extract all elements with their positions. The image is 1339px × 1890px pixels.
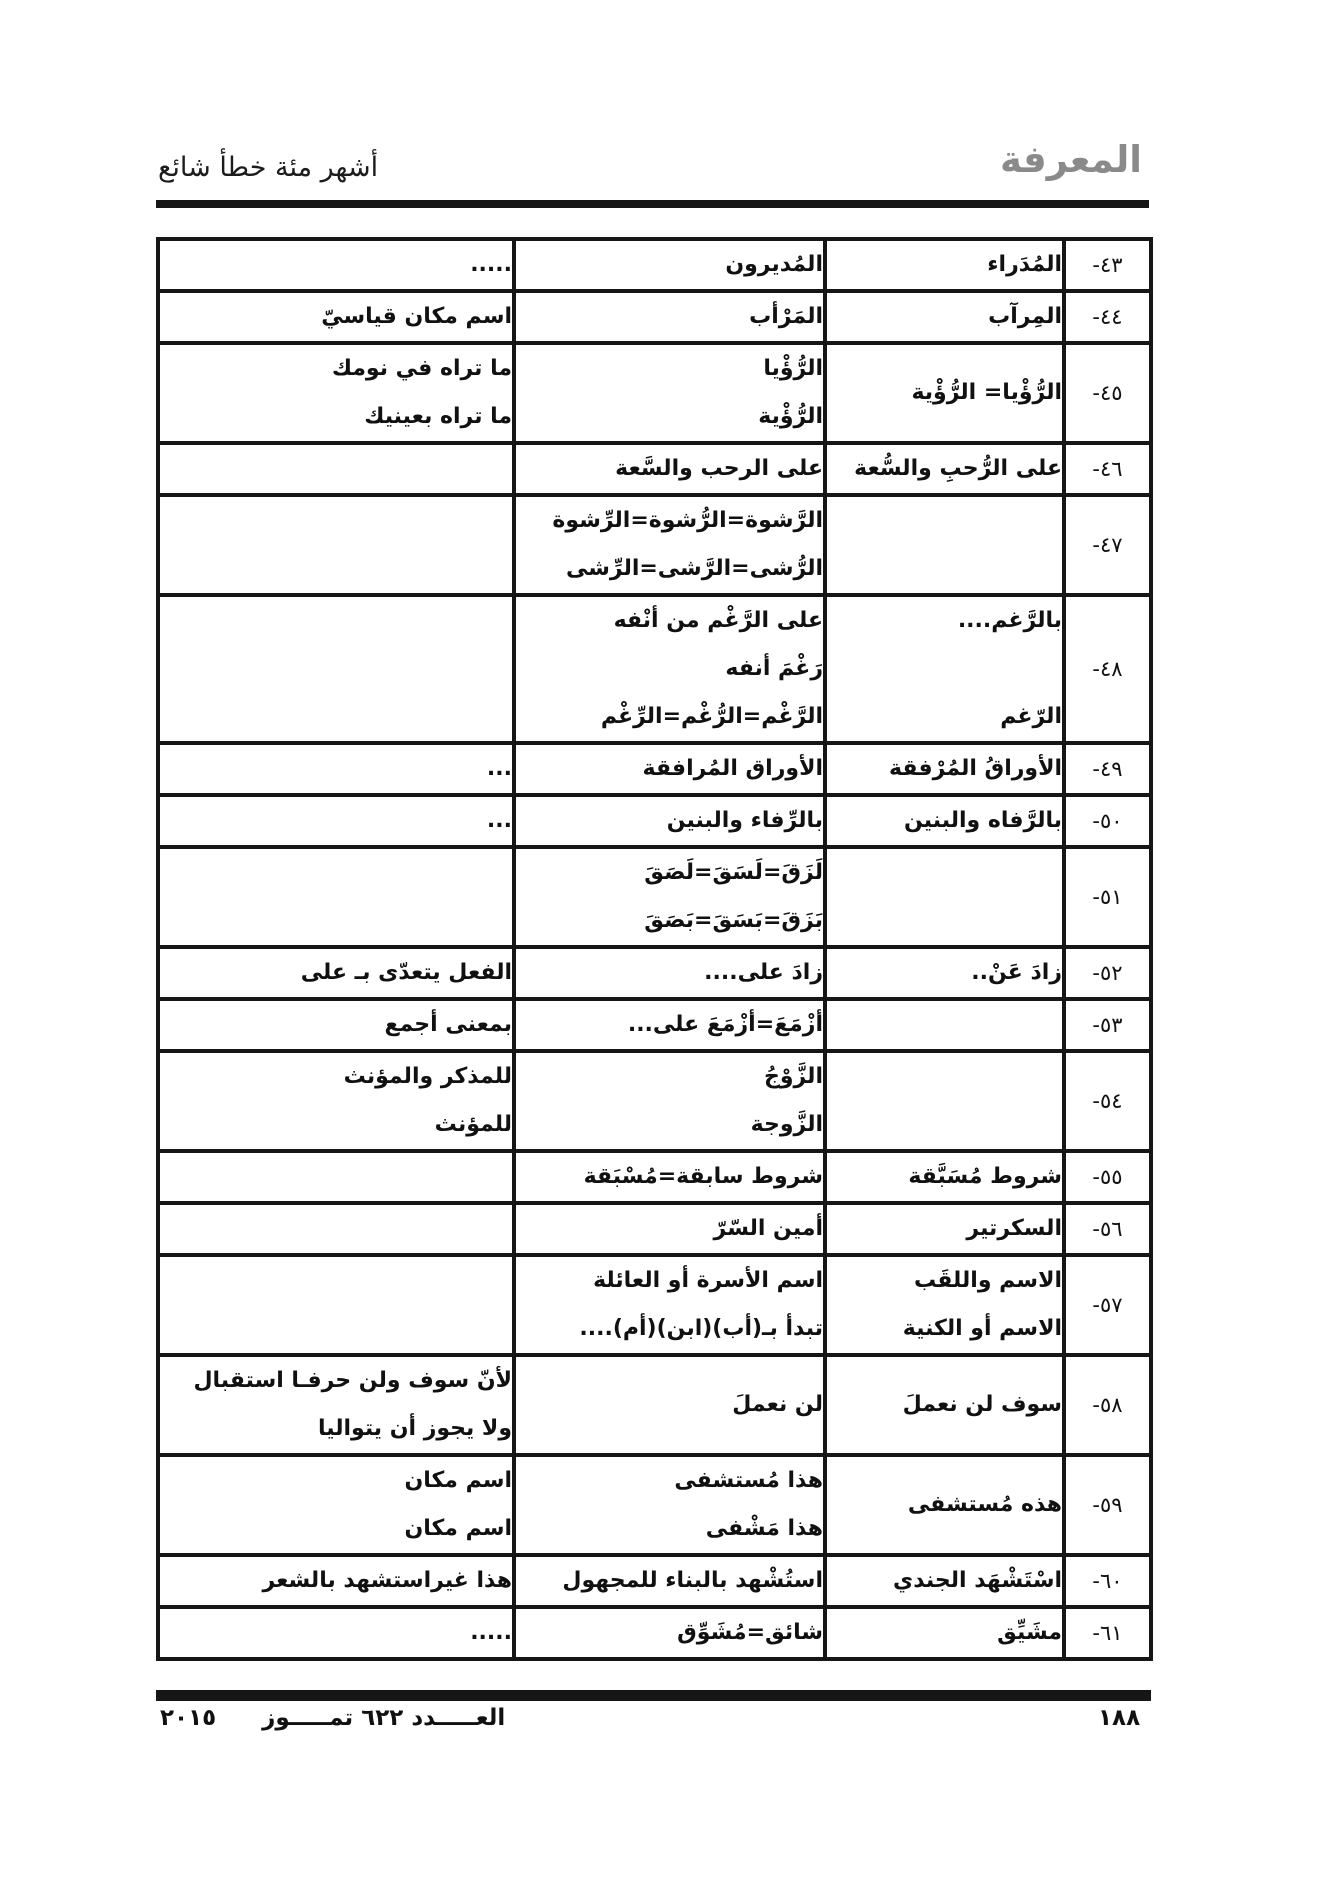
- footer-rule: [156, 1690, 1151, 1701]
- cell-line: الرُّؤْية: [516, 393, 823, 441]
- cell-line: ما تراه بعينيك: [160, 393, 512, 441]
- cell-correct: المُديرون: [514, 239, 825, 291]
- cell-line: شروط مُسَبَّقة: [827, 1153, 1062, 1201]
- cell-notes: للمذكر والمؤنثللمؤنث: [158, 1051, 514, 1151]
- cell-line: الرّغم: [827, 693, 1062, 741]
- cell-correct: زادَ على....: [514, 947, 825, 999]
- cell-number: -٥٧: [1064, 1255, 1151, 1355]
- cell-line: الأوراقُ المُرْفقة: [827, 745, 1062, 793]
- cell-line: مشَيِّق: [827, 1609, 1062, 1657]
- table-row: -٤٤المِرآبالمَرْأباسم مكان قياسيّ: [158, 291, 1151, 343]
- table-row: -٤٨بالرَّغم.... الرّغمعلى الرَّغْم من أن…: [158, 595, 1151, 743]
- cell-line: لَزَقَ=لَسَقَ=لَصَقَ: [516, 849, 823, 897]
- cell-number: -٤٣: [1064, 239, 1151, 291]
- cell-wrong: الأوراقُ المُرْفقة: [825, 743, 1064, 795]
- cell-notes: .....: [158, 1607, 514, 1659]
- table-row: -٥٣أزْمَعَ=أزْمَعَ على...بمعنى أجمع: [158, 999, 1151, 1051]
- cell-number: -٥٨: [1064, 1355, 1151, 1455]
- cell-notes: [158, 1203, 514, 1255]
- cell-wrong: [825, 847, 1064, 947]
- errors-table: -٤٣المُدَراءالمُديرون.....-٤٤المِرآبالمَ…: [156, 237, 1153, 1661]
- cell-correct: الرُّؤْياالرُّؤْية: [514, 343, 825, 443]
- cell-line: -٥٨: [1066, 1381, 1149, 1429]
- cell-line: -٥١: [1066, 873, 1149, 921]
- cell-wrong: مشَيِّق: [825, 1607, 1064, 1659]
- cell-number: -٥٤: [1064, 1051, 1151, 1151]
- cell-line: .....: [160, 1609, 512, 1657]
- cell-wrong: على الرُّحبِ والسُّعة: [825, 443, 1064, 495]
- cell-wrong: سوف لن نعملَ: [825, 1355, 1064, 1455]
- cell-correct: هذا مُستشفىهذا مَشْفى: [514, 1455, 825, 1555]
- cell-number: -٤٩: [1064, 743, 1151, 795]
- cell-line: اسم مكان قياسيّ: [160, 293, 512, 341]
- magazine-logo: المعرفة: [1022, 138, 1142, 181]
- cell-line: -٥٧: [1066, 1281, 1149, 1329]
- cell-line: لن نعملَ: [516, 1381, 823, 1429]
- table-row: -٥٤الزَّوْجُالزَّوجةللمذكر والمؤنثللمؤنث: [158, 1051, 1151, 1151]
- cell-wrong: الاسم واللقَبالاسم أو الكنية: [825, 1255, 1064, 1355]
- cell-wrong: بالرَّفاه والبنين: [825, 795, 1064, 847]
- cell-notes: [158, 443, 514, 495]
- cell-line: على الرحب والسَّعة: [516, 445, 823, 493]
- cell-number: -٤٧: [1064, 495, 1151, 595]
- cell-line: بمعنى أجمع: [160, 1001, 512, 1049]
- cell-number: -٥٥: [1064, 1151, 1151, 1203]
- table-row: -٥١لَزَقَ=لَسَقَ=لَصَقَبَزَقَ=بَسَقَ=بَص…: [158, 847, 1151, 947]
- table-row: -٥٩هذه مُستشفىهذا مُستشفىهذا مَشْفىاسم م…: [158, 1455, 1151, 1555]
- table-row: -٥٨سوف لن نعملَلن نعملَلأنّ سوف ولن حرفـ…: [158, 1355, 1151, 1455]
- cell-wrong: [825, 1051, 1064, 1151]
- cell-notes: ...: [158, 743, 514, 795]
- footer-page-number: ١٨٨: [1098, 1705, 1150, 1731]
- footer-issue-label: العـــــدد ٦٢٢ تمـــــوز: [262, 1705, 505, 1731]
- cell-line: ما تراه في نومك: [160, 345, 512, 393]
- cell-line: -٤٩: [1066, 745, 1149, 793]
- cell-line: -٥٢: [1066, 949, 1149, 997]
- cell-line: -٥٩: [1066, 1481, 1149, 1529]
- table-row: -٦١مشَيِّقشائق=مُشَوِّق.....: [158, 1607, 1151, 1659]
- cell-wrong: هذه مُستشفى: [825, 1455, 1064, 1555]
- cell-line: تبدأ بـ(أب)(ابن)(أم)....: [516, 1305, 823, 1353]
- cell-notes: ...: [158, 795, 514, 847]
- cell-line: [827, 645, 1062, 693]
- cell-number: -٤٦: [1064, 443, 1151, 495]
- cell-notes: لأنّ سوف ولن حرفـا استقبالولا يجوز أن يت…: [158, 1355, 514, 1455]
- cell-line: -٤٦: [1066, 445, 1149, 493]
- cell-line: بالرَّفاه والبنين: [827, 797, 1062, 845]
- cell-line: ...: [160, 797, 512, 845]
- cell-line: رَغْمَ أنفه: [516, 645, 823, 693]
- cell-line: أمين السّرّ: [516, 1205, 823, 1253]
- header-rule: [156, 200, 1149, 208]
- cell-line: -٥٦: [1066, 1205, 1149, 1253]
- cell-correct: الأوراق المُرافقة: [514, 743, 825, 795]
- page-title: أشهر مئة خطأ شائع: [158, 152, 418, 183]
- cell-line: استُشْهد بالبناء للمجهول: [516, 1557, 823, 1605]
- cell-line: الاسم واللقَب: [827, 1257, 1062, 1305]
- cell-line: الرُّؤْيا= الرُّؤْية: [827, 369, 1062, 417]
- cell-correct: شائق=مُشَوِّق: [514, 1607, 825, 1659]
- table-row: -٤٥الرُّؤْيا= الرُّؤْيةالرُّؤْياالرُّؤْي…: [158, 343, 1151, 443]
- cell-correct: اسم الأسرة أو العائلةتبدأ بـ(أب)(ابن)(أم…: [514, 1255, 825, 1355]
- cell-line: هذا مَشْفى: [516, 1505, 823, 1553]
- table-row: -٥٧الاسم واللقَبالاسم أو الكنيةاسم الأسر…: [158, 1255, 1151, 1355]
- cell-correct: المَرْأب: [514, 291, 825, 343]
- cell-correct: أزْمَعَ=أزْمَعَ على...: [514, 999, 825, 1051]
- cell-line: شائق=مُشَوِّق: [516, 1609, 823, 1657]
- cell-wrong: الرُّؤْيا= الرُّؤْية: [825, 343, 1064, 443]
- errors-table-body: -٤٣المُدَراءالمُديرون.....-٤٤المِرآبالمَ…: [158, 239, 1151, 1659]
- cell-line: -٦١: [1066, 1609, 1149, 1657]
- cell-line: زادَ عَنْ..: [827, 949, 1062, 997]
- cell-line: -٥٣: [1066, 1001, 1149, 1049]
- cell-number: -٥١: [1064, 847, 1151, 947]
- cell-notes: [158, 847, 514, 947]
- cell-line: -٤٥: [1066, 369, 1149, 417]
- cell-line: اسم مكان: [160, 1457, 512, 1505]
- cell-number: -٤٥: [1064, 343, 1151, 443]
- cell-line: ولا يجوز أن يتواليا: [160, 1405, 512, 1453]
- cell-correct: الرَّشوة=الرُّشوة=الرِّشوةالرُّشى=الرَّش…: [514, 495, 825, 595]
- cell-line: المُدَراء: [827, 241, 1062, 289]
- cell-correct: على الرَّغْم من أنْفهرَغْمَ أنفهالرَّغْم…: [514, 595, 825, 743]
- cell-line: -٤٤: [1066, 293, 1149, 341]
- table-row: -٤٣المُدَراءالمُديرون.....: [158, 239, 1151, 291]
- cell-correct: لَزَقَ=لَسَقَ=لَصَقَبَزَقَ=بَسَقَ=بَصَقَ: [514, 847, 825, 947]
- table-row: -٥٦السكرتيرأمين السّرّ: [158, 1203, 1151, 1255]
- cell-line: -٥٥: [1066, 1153, 1149, 1201]
- table-row: -٤٩الأوراقُ المُرْفقةالأوراق المُرافقة..…: [158, 743, 1151, 795]
- cell-number: -٤٨: [1064, 595, 1151, 743]
- cell-line: الرُّؤْيا: [516, 345, 823, 393]
- cell-line: المَرْأب: [516, 293, 823, 341]
- cell-line: -٥٠: [1066, 797, 1149, 845]
- cell-line: الرَّشوة=الرُّشوة=الرِّشوة: [516, 497, 823, 545]
- cell-line: -٤٣: [1066, 241, 1149, 289]
- cell-line: الزَّوْجُ: [516, 1053, 823, 1101]
- cell-notes: هذا غيراستشهد بالشعر: [158, 1555, 514, 1607]
- cell-line: اسم الأسرة أو العائلة: [516, 1257, 823, 1305]
- cell-line: الرُّشى=الرَّشى=الرِّشى: [516, 545, 823, 593]
- cell-correct: شروط سابقة=مُسْبَقة: [514, 1151, 825, 1203]
- cell-line: المُديرون: [516, 241, 823, 289]
- cell-correct: الزَّوْجُالزَّوجة: [514, 1051, 825, 1151]
- cell-notes: [158, 595, 514, 743]
- cell-correct: أمين السّرّ: [514, 1203, 825, 1255]
- cell-wrong: [825, 999, 1064, 1051]
- cell-line: بالرَّغم....: [827, 597, 1062, 645]
- cell-number: -٥٠: [1064, 795, 1151, 847]
- cell-wrong: المِرآب: [825, 291, 1064, 343]
- cell-notes: [158, 1151, 514, 1203]
- cell-number: -٤٤: [1064, 291, 1151, 343]
- cell-wrong: السكرتير: [825, 1203, 1064, 1255]
- cell-wrong: [825, 495, 1064, 595]
- cell-line: اسم مكان: [160, 1505, 512, 1553]
- cell-notes: .....: [158, 239, 514, 291]
- cell-correct: لن نعملَ: [514, 1355, 825, 1455]
- cell-line: أزْمَعَ=أزْمَعَ على...: [516, 1001, 823, 1049]
- cell-line: على الرُّحبِ والسُّعة: [827, 445, 1062, 493]
- cell-wrong: اسْتَشْهَد الجندي: [825, 1555, 1064, 1607]
- cell-line: السكرتير: [827, 1205, 1062, 1253]
- cell-number: -٦١: [1064, 1607, 1151, 1659]
- cell-correct: استُشْهد بالبناء للمجهول: [514, 1555, 825, 1607]
- cell-notes: اسم مكاناسم مكان: [158, 1455, 514, 1555]
- cell-line: المِرآب: [827, 293, 1062, 341]
- cell-number: -٥٢: [1064, 947, 1151, 999]
- cell-wrong: بالرَّغم.... الرّغم: [825, 595, 1064, 743]
- cell-notes: بمعنى أجمع: [158, 999, 514, 1051]
- cell-line: للمذكر والمؤنث: [160, 1053, 512, 1101]
- cell-correct: على الرحب والسَّعة: [514, 443, 825, 495]
- cell-line: لأنّ سوف ولن حرفـا استقبال: [160, 1357, 512, 1405]
- cell-correct: بالرِّفاء والبنين: [514, 795, 825, 847]
- cell-line: -٤٨: [1066, 645, 1149, 693]
- cell-number: -٥٦: [1064, 1203, 1151, 1255]
- table-row: -٥٢زادَ عَنْ..زادَ على....الفعل يتعدّى ب…: [158, 947, 1151, 999]
- cell-line: بالرِّفاء والبنين: [516, 797, 823, 845]
- cell-line: هذه مُستشفى: [827, 1481, 1062, 1529]
- table-row: -٥٠بالرَّفاه والبنينبالرِّفاء والبنين...: [158, 795, 1151, 847]
- cell-number: -٥٣: [1064, 999, 1151, 1051]
- cell-notes: الفعل يتعدّى بـ على: [158, 947, 514, 999]
- table-row: -٤٧الرَّشوة=الرُّشوة=الرِّشوةالرُّشى=الر…: [158, 495, 1151, 595]
- cell-line: الفعل يتعدّى بـ على: [160, 949, 512, 997]
- table-row: -٦٠اسْتَشْهَد الجندياستُشْهد بالبناء للم…: [158, 1555, 1151, 1607]
- cell-line: سوف لن نعملَ: [827, 1381, 1062, 1429]
- cell-line: الأوراق المُرافقة: [516, 745, 823, 793]
- cell-line: -٤٧: [1066, 521, 1149, 569]
- cell-line: الاسم أو الكنية: [827, 1305, 1062, 1353]
- cell-line: شروط سابقة=مُسْبَقة: [516, 1153, 823, 1201]
- footer-issue-line: العـــــدد ٦٢٢ تمـــــوز ٢٠١٥: [160, 1705, 505, 1731]
- cell-line: على الرَّغْم من أنْفه: [516, 597, 823, 645]
- cell-line: للمؤنث: [160, 1101, 512, 1149]
- footer-year: ٢٠١٥: [160, 1705, 216, 1731]
- cell-wrong: شروط مُسَبَّقة: [825, 1151, 1064, 1203]
- cell-wrong: المُدَراء: [825, 239, 1064, 291]
- cell-line: -٦٠: [1066, 1557, 1149, 1605]
- cell-line: -٥٤: [1066, 1077, 1149, 1125]
- cell-notes: اسم مكان قياسيّ: [158, 291, 514, 343]
- cell-line: الزَّوجة: [516, 1101, 823, 1149]
- cell-notes: ما تراه في نومكما تراه بعينيك: [158, 343, 514, 443]
- cell-wrong: زادَ عَنْ..: [825, 947, 1064, 999]
- cell-line: اسْتَشْهَد الجندي: [827, 1557, 1062, 1605]
- cell-line: بَزَقَ=بَسَقَ=بَصَقَ: [516, 897, 823, 945]
- cell-line: هذا غيراستشهد بالشعر: [160, 1557, 512, 1605]
- cell-number: -٦٠: [1064, 1555, 1151, 1607]
- magazine-page: أشهر مئة خطأ شائع المعرفة -٤٣المُدَراءال…: [0, 0, 1339, 1890]
- cell-line: ...: [160, 745, 512, 793]
- cell-line: .....: [160, 241, 512, 289]
- cell-line: الرَّغْم=الرُّغْم=الرِّغْم: [516, 693, 823, 741]
- cell-line: زادَ على....: [516, 949, 823, 997]
- cell-number: -٥٩: [1064, 1455, 1151, 1555]
- cell-line: هذا مُستشفى: [516, 1457, 823, 1505]
- cell-notes: [158, 495, 514, 595]
- cell-notes: [158, 1255, 514, 1355]
- table-row: -٤٦على الرُّحبِ والسُّعةعلى الرحب والسَّ…: [158, 443, 1151, 495]
- table-row: -٥٥شروط مُسَبَّقةشروط سابقة=مُسْبَقة: [158, 1151, 1151, 1203]
